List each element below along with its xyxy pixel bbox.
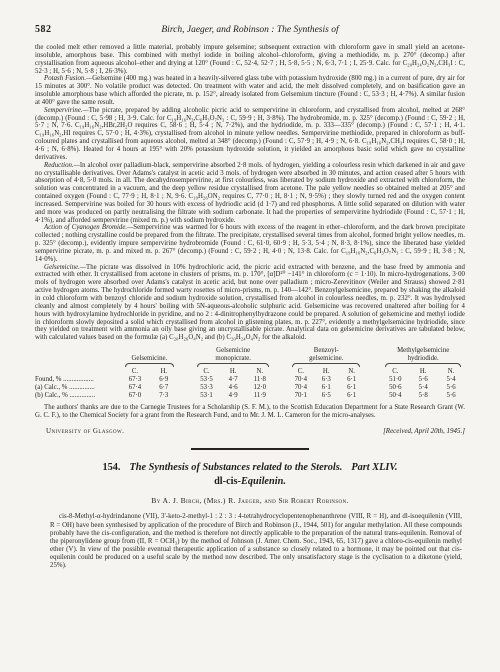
article-number: 154. [102, 462, 129, 473]
cell: 11·8 [246, 376, 273, 383]
cell: 50·6 [381, 384, 409, 391]
table-group-benzoylgelsemicine: Benzoyl- gelsemicine. C.H.N. [288, 347, 364, 375]
paragraph-text: The picrate was dissolved in 10% hydroch… [35, 264, 465, 342]
cell: 6·3 [314, 376, 339, 383]
cell: 6·1 [339, 392, 364, 399]
cell: 6·9 [149, 376, 178, 383]
column-letters: C.H.N. [288, 368, 364, 375]
running-head: Birch, Jaeger, and Robinson : The Synthe… [95, 25, 405, 35]
cell: 7·3 [149, 392, 178, 399]
row-label: (b) Calc., % ............... [35, 392, 121, 399]
cell: 53·1 [193, 392, 220, 399]
group-title: Gelsemicine. [121, 355, 179, 363]
table-row-found: Found, % .................. 67·36·9 53·5… [35, 376, 465, 383]
cell: 53·3 [193, 384, 220, 391]
paragraph-text: The picrate, prepared by adding alcoholi… [35, 107, 465, 161]
cell: 67·0 [121, 392, 150, 399]
column-letters: C.H.N. [193, 368, 273, 375]
paragraph-reduction: Reduction.—In alcohol over palladium-bla… [35, 162, 465, 225]
section-divider [191, 448, 309, 451]
paragraph-text: Gelsemine (400 mg.) was heated in a heav… [35, 75, 465, 106]
group-title: Methylgelsemicine hydriodide. [381, 347, 465, 362]
article-byline: By A. J. Birch, (Mrs.) R. Jaeger, and Si… [35, 496, 465, 505]
article-title-text: The Synthesis of Substances related to t… [130, 462, 343, 473]
cell: 11·9 [246, 392, 273, 399]
cell: 6·1 [314, 384, 339, 391]
paragraph-potash-fusion: Potash Fusion.—Gelsemine (400 mg.) was h… [35, 75, 465, 106]
column-letters: C.H.N. [381, 368, 465, 375]
paragraph-gelsemicine: Gelsemicine.—The picrate was dissolved i… [35, 264, 465, 342]
overbrace [292, 363, 360, 367]
article-abstract: cis-8-Methyl-α-hydrindanone (VII), 3'-ke… [50, 513, 462, 570]
cell: 51·0 [381, 376, 409, 383]
paragraph-continuation: the cooled melt ether removed a little m… [35, 44, 465, 75]
table-header-row: Gelsemicine. C.H. Gelsemicine monopicrat… [35, 347, 465, 375]
cell: 5·4 [437, 376, 465, 383]
cell: 6·1 [339, 384, 364, 391]
page-number: 582 [35, 24, 95, 35]
article-title: 154.The Synthesis of Substances related … [41, 462, 459, 475]
col-label: C. [288, 368, 313, 375]
journal-page: 582 Birch, Jaeger, and Robinson : The Sy… [0, 0, 500, 672]
col-label: N. [437, 368, 465, 375]
subtitle-main: Equilenin. [241, 476, 286, 487]
cell: 70·4 [288, 376, 313, 383]
cell: 4·9 [220, 392, 247, 399]
table-row-calc-b: (b) Calc., % ............... 67·07·3 53·… [35, 392, 465, 399]
table-row-calc-a: (a) Calc., % ............... 67·46·7 53·… [35, 384, 465, 391]
overbrace [125, 363, 175, 367]
paragraph-text: the cooled melt ether removed a little m… [35, 44, 465, 75]
paragraph-lead: Action of Cyanogen Bromide.— [44, 224, 133, 231]
paragraph-lead: Reduction.— [44, 162, 80, 169]
cell: 5·6 [437, 384, 465, 391]
cell: 5·6 [409, 376, 437, 383]
page-header: 582 Birch, Jaeger, and Robinson : The Sy… [35, 24, 465, 35]
overbrace [385, 363, 461, 367]
paragraph-lead: Sempervirine.— [44, 107, 89, 114]
paragraph-lead: Gelsemicine.— [44, 264, 86, 271]
cell: 12·0 [246, 384, 273, 391]
row-label: Found, % .................. [35, 376, 121, 383]
cell: 4·7 [220, 376, 247, 383]
cell: 50·4 [381, 392, 409, 399]
article-part: Part XLIV. [342, 462, 397, 473]
col-label: H. [314, 368, 339, 375]
col-label: H. [409, 368, 437, 375]
cell: 6·5 [314, 392, 339, 399]
col-label: N. [246, 368, 273, 375]
cell: 6·7 [149, 384, 178, 391]
closing-line: University of Glasgow. [Received, April … [35, 427, 465, 435]
paragraph-lead: Potash Fusion.— [44, 75, 92, 82]
col-label: C. [121, 368, 150, 375]
cell: 6·1 [339, 376, 364, 383]
col-label: H. [220, 368, 247, 375]
cell: 53·5 [193, 376, 220, 383]
col-label: N. [339, 368, 364, 375]
table-group-monopicrate: Gelsemicine monopicrate. C.H.N. [193, 347, 273, 375]
subtitle-prefix: dl-cis- [214, 476, 241, 487]
received-date: [Received, April 20th, 1945.] [383, 427, 465, 435]
cell: 5·4 [409, 384, 437, 391]
table-group-methylgelsemicine: Methylgelsemicine hydriodide. C.H.N. [381, 347, 465, 375]
cell: 67·3 [121, 376, 150, 383]
cell: 70·4 [288, 384, 313, 391]
cell: 5·6 [437, 392, 465, 399]
row-label: (a) Calc., % ............... [35, 384, 121, 391]
cell: 5·8 [409, 392, 437, 399]
acknowledgement: The authors' thanks are due to the Carne… [35, 404, 465, 420]
article-subtitle: dl-cis-Equilenin. [35, 476, 465, 489]
paragraph-text: In alcohol over palladium-black, semperv… [35, 162, 465, 224]
analysis-table: Gelsemicine. C.H. Gelsemicine monopicrat… [35, 347, 465, 399]
col-label: C. [193, 368, 220, 375]
cell: 4·6 [220, 384, 247, 391]
col-label: H. [149, 368, 178, 375]
group-title: Benzoyl- gelsemicine. [288, 347, 364, 362]
group-title: Gelsemicine monopicrate. [193, 347, 273, 362]
col-label: C. [381, 368, 409, 375]
paragraph-cyanogen-bromide: Action of Cyanogen Bromide.—Sempervirine… [35, 224, 465, 263]
paragraph-sempervirine: Sempervirine.—The picrate, prepared by a… [35, 107, 465, 162]
table-group-gelsemicine: Gelsemicine. C.H. [121, 355, 179, 376]
column-letters: C.H. [121, 368, 179, 375]
cell: 67·4 [121, 384, 150, 391]
overbrace [197, 363, 269, 367]
cell: 70·1 [288, 392, 313, 399]
affiliation: University of Glasgow. [46, 427, 124, 435]
